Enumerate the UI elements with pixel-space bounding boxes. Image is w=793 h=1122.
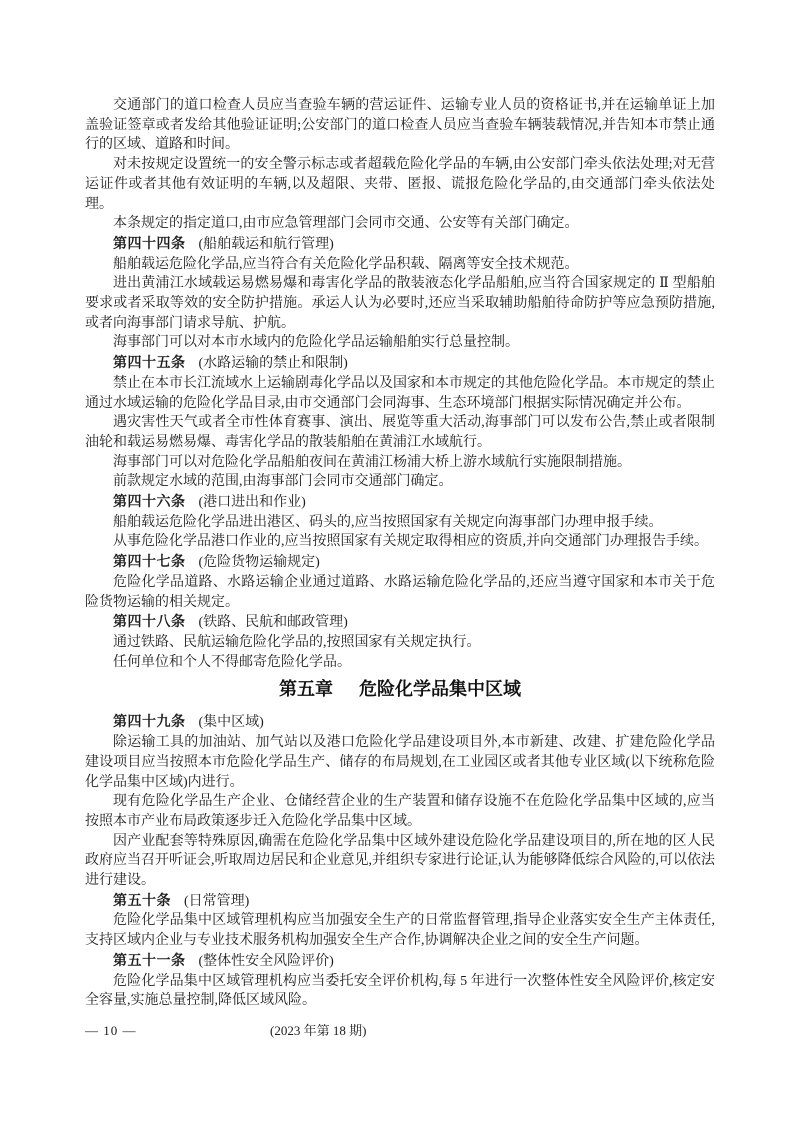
article-number: 第五十一条 bbox=[113, 952, 186, 968]
chapter-number: 第五章 bbox=[279, 679, 333, 699]
paragraph: 船舶载运危险化学品,应当符合有关危险化学品积载、隔离等安全技术规范。 bbox=[85, 255, 715, 275]
article-heading: 第五十条(日常管理) bbox=[85, 891, 715, 912]
article-title: (危险货物运输规定) bbox=[199, 555, 320, 570]
paragraph: 本条规定的指定道口,由市应急管理部门会同市交通、公安等有关部门确定。 bbox=[85, 214, 715, 234]
document-body: 交通部门的道口检查人员应当查验车辆的营运证件、运输专业人员的资格证书,并在运输单… bbox=[85, 96, 715, 1011]
footer-page-number: — 10 — bbox=[85, 1022, 137, 1040]
article-number: 第四十九条 bbox=[113, 713, 186, 729]
paragraph: 通过铁路、民航运输危险化学品的,按照国家有关规定执行。 bbox=[85, 633, 715, 653]
paragraph: 遇灾害性天气或者全市性体育赛事、演出、展览等重大活动,海事部门可以发布公告,禁止… bbox=[85, 413, 715, 452]
chapter-heading: 第五章危险化学品集中区域 bbox=[85, 676, 715, 703]
article-heading: 第四十七条(危险货物运输规定) bbox=[85, 552, 715, 573]
paragraph: 交通部门的道口检查人员应当查验车辆的营运证件、运输专业人员的资格证书,并在运输单… bbox=[85, 96, 715, 155]
paragraph: 危险化学品道路、水路运输企业通过道路、水路运输危险化学品的,还应当遵守国家和本市… bbox=[85, 573, 715, 612]
article-number: 第五十条 bbox=[113, 892, 171, 908]
article-number: 第四十六条 bbox=[113, 493, 186, 509]
article-heading: 第四十六条(港口进出和作业) bbox=[85, 492, 715, 513]
paragraph: 除运输工具的加油站、加气站以及港口危险化学品建设项目外,本市新建、改建、扩建危险… bbox=[85, 733, 715, 792]
article-number: 第四十七条 bbox=[113, 553, 186, 569]
paragraph: 海事部门可以对本市水域内的危险化学品运输船舶实行总量控制。 bbox=[85, 333, 715, 353]
article-title: (水路运输的禁止和限制) bbox=[199, 356, 348, 371]
article-heading: 第四十四条(船舶载运和航行管理) bbox=[85, 234, 715, 255]
article-heading: 第四十五条(水路运输的禁止和限制) bbox=[85, 353, 715, 374]
article-number: 第四十五条 bbox=[113, 354, 186, 370]
paragraph: 进出黄浦江水域载运易燃易爆和毒害化学品的散装液态化学品船舶,应当符合国家规定的 … bbox=[85, 274, 715, 333]
article-title: (集中区域) bbox=[199, 715, 264, 730]
article-number: 第四十八条 bbox=[113, 613, 186, 629]
paragraph: 禁止在本市长江流域水上运输剧毒化学品以及国家和本市规定的其他危险化学品。本市规定… bbox=[85, 374, 715, 413]
article-title: (船舶载运和航行管理) bbox=[199, 237, 334, 252]
article-title: (铁路、民航和邮政管理) bbox=[199, 615, 348, 630]
article-title: (整体性安全风险评价) bbox=[199, 954, 334, 969]
article-heading: 第四十九条(集中区域) bbox=[85, 712, 715, 733]
article-title: (日常管理) bbox=[184, 894, 249, 909]
document-page: 交通部门的道口检查人员应当查验车辆的营运证件、运输专业人员的资格证书,并在运输单… bbox=[0, 0, 793, 1122]
paragraph: 船舶载运危险化学品进出港区、码头的,应当按照国家有关规定向海事部门办理申报手续。 bbox=[85, 513, 715, 533]
article-heading: 第五十一条(整体性安全风险评价) bbox=[85, 951, 715, 972]
paragraph: 因产业配套等特殊原因,确需在危险化学品集中区域外建设危险化学品建设项目的,所在地… bbox=[85, 832, 715, 891]
paragraph: 现有危险化学品生产企业、仓储经营企业的生产装置和储存设施不在危险化学品集中区域的… bbox=[85, 792, 715, 831]
article-heading: 第四十八条(铁路、民航和邮政管理) bbox=[85, 612, 715, 633]
paragraph: 危险化学品集中区域管理机构应当加强安全生产的日常监督管理,指导企业落实安全生产主… bbox=[85, 911, 715, 950]
chapter-title: 危险化学品集中区域 bbox=[359, 679, 521, 699]
article-number: 第四十四条 bbox=[113, 235, 186, 251]
paragraph: 从事危险化学品港口作业的,应当按照国家有关规定取得相应的资质,并向交通部门办理报… bbox=[85, 532, 715, 552]
paragraph: 海事部门可以对危险化学品船舶夜间在黄浦江杨浦大桥上游水域航行实施限制措施。 bbox=[85, 453, 715, 473]
article-title: (港口进出和作业) bbox=[199, 495, 306, 510]
paragraph: 危险化学品集中区域管理机构应当委托安全评价机构,每 5 年进行一次整体性安全风险… bbox=[85, 972, 715, 1011]
paragraph: 任何单位和个人不得邮寄危险化学品。 bbox=[85, 653, 715, 673]
footer-issue-label: (2023 年第 18 期) bbox=[270, 1022, 366, 1040]
paragraph: 前款规定水域的范围,由海事部门会同市交通部门确定。 bbox=[85, 472, 715, 492]
paragraph: 对未按规定设置统一的安全警示标志或者超载危险化学品的车辆,由公安部门牵头依法处理… bbox=[85, 155, 715, 214]
